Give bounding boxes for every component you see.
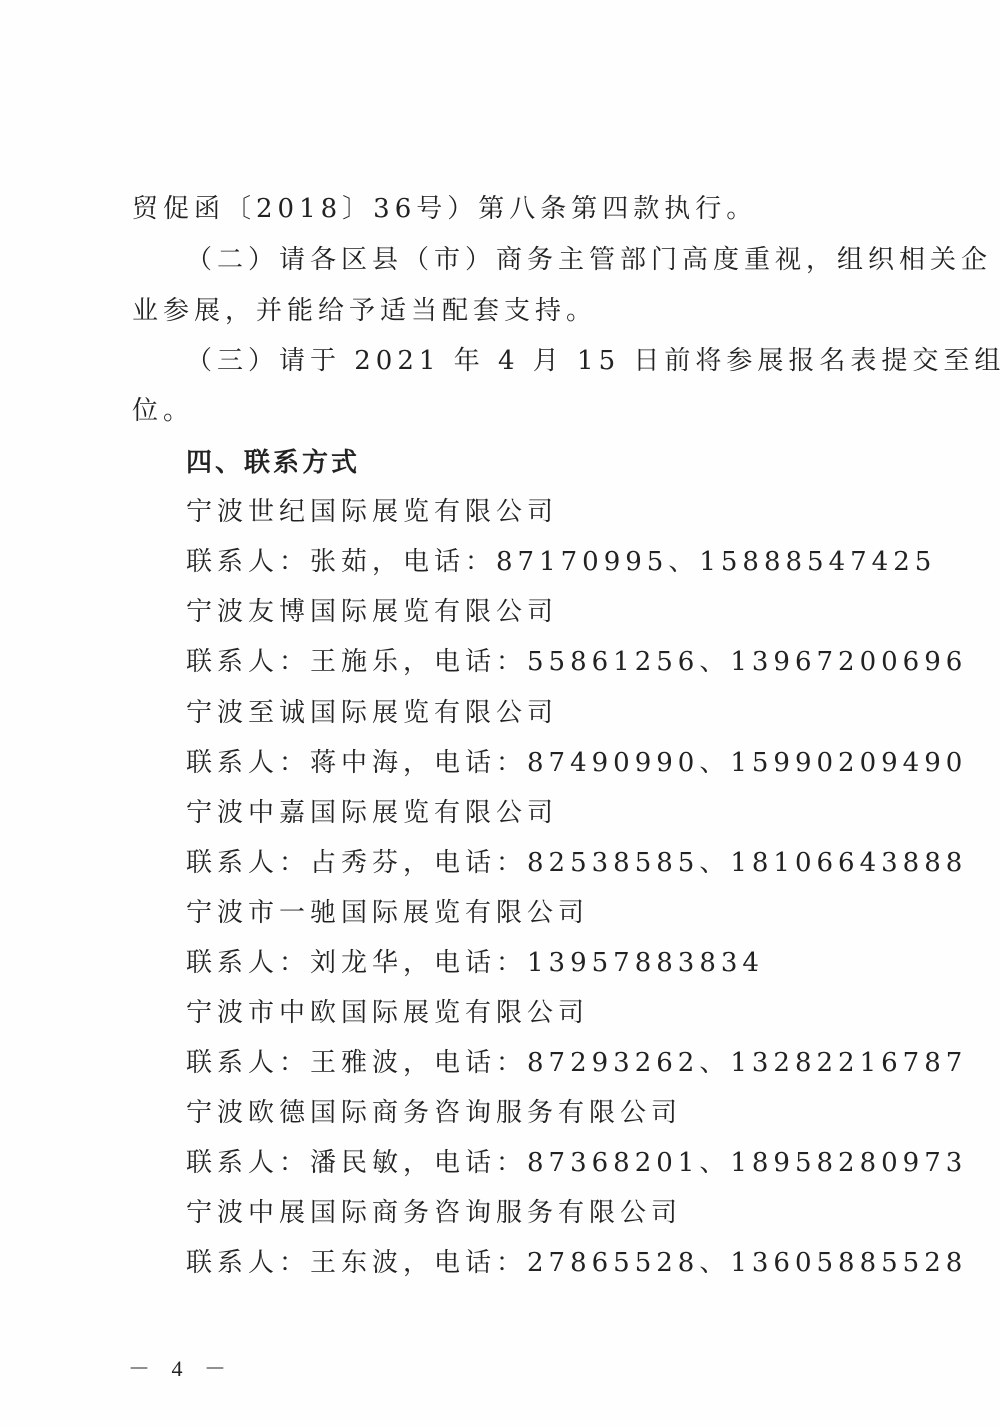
contact-line: 联系人：刘龙华，电话：13957883834	[186, 946, 764, 980]
company-name: 宁波世纪国际展览有限公司	[186, 495, 558, 529]
company-name: 宁波友博国际展览有限公司	[186, 595, 558, 629]
document-page: 贸促函〔2018〕36号）第八条第四款执行。 （二）请各区县（市）商务主管部门高…	[0, 0, 1000, 1427]
company-name: 宁波中嘉国际展览有限公司	[186, 796, 558, 830]
paragraph-line: 业参展，并能给予适当配套支持。	[132, 294, 597, 328]
paragraph-line: （二）请各区县（市）商务主管部门高度重视，组织相关企	[186, 243, 992, 277]
company-name: 宁波至诚国际展览有限公司	[186, 696, 558, 730]
company-name: 宁波中展国际商务咨询服务有限公司	[186, 1196, 682, 1230]
contact-line: 联系人：王雅波，电话：87293262、13282216787	[186, 1046, 967, 1080]
paragraph-line: 贸促函〔2018〕36号）第八条第四款执行。	[132, 192, 757, 226]
contact-line: 联系人：蒋中海，电话：87490990、15990209490	[186, 746, 967, 780]
contact-line: 联系人：潘民敏，电话：87368201、18958280973	[186, 1146, 967, 1180]
company-name: 宁波市一驰国际展览有限公司	[186, 896, 589, 930]
section-heading: 四、联系方式	[186, 446, 360, 480]
contact-line: 联系人：占秀芬，电话：82538585、18106643888	[186, 846, 967, 880]
paragraph-line: 位。	[132, 394, 194, 428]
contact-line: 联系人：王东波，电话：27865528、13605885528	[186, 1246, 967, 1280]
company-name: 宁波欧德国际商务咨询服务有限公司	[186, 1096, 682, 1130]
contact-line: 联系人：王施乐，电话：55861256、13967200696	[186, 645, 967, 679]
company-name: 宁波市中欧国际展览有限公司	[186, 996, 589, 1030]
page-number: － 4 －	[128, 1352, 234, 1383]
paragraph-line: （三）请于 2021 年 4 月 15 日前将参展报名表提交至组展单	[186, 344, 1000, 378]
contact-line: 联系人：张茹，电话：87170995、15888547425	[186, 545, 936, 579]
